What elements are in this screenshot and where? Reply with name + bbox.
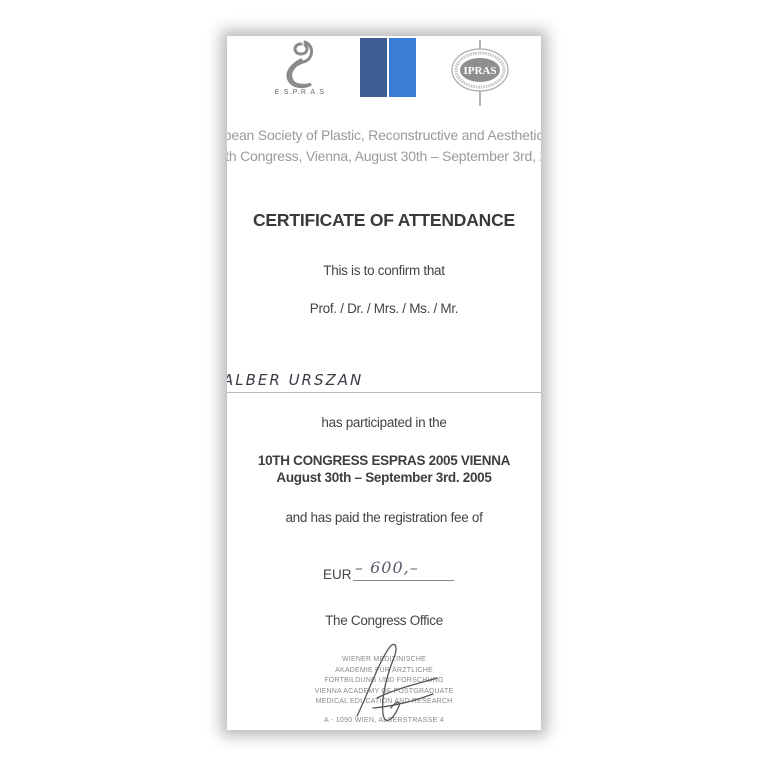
- ipras-logo-icon: IPRAS: [449, 40, 511, 106]
- congress-subtitle: 10th Congress, Vienna, August 30th – Sep…: [227, 148, 541, 164]
- blue-block-dark: [360, 38, 387, 97]
- name-underline: [227, 392, 541, 393]
- congress-office-label: The Congress Office: [227, 613, 541, 628]
- signature-icon: [337, 636, 457, 730]
- congress-dates: August 30th – September 3rd. 2005: [227, 470, 541, 485]
- fee-underline: [353, 580, 454, 581]
- society-name: European Society of Plastic, Reconstruct…: [227, 127, 541, 143]
- congress-name: 10TH CONGRESS ESPRAS 2005 VIENNA: [227, 453, 541, 468]
- participated-text: has participated in the: [227, 415, 541, 430]
- certificate-title: CERTIFICATE OF ATTENDANCE: [227, 210, 541, 231]
- salutation-options: Prof. / Dr. / Mrs. / Ms. / Mr.: [227, 301, 541, 316]
- confirm-text: This is to confirm that: [227, 263, 541, 278]
- fee-amount-handwritten: – 600,–: [355, 558, 419, 577]
- fee-text: and has paid the registration fee of: [227, 510, 541, 525]
- svg-text:IPRAS: IPRAS: [463, 65, 496, 77]
- certificate-document: E.S.P.R.A.S IPRAS European Society of Pl…: [227, 36, 541, 730]
- attendee-name-handwritten: ALBER URSZAN: [227, 371, 363, 389]
- blue-block-light: [389, 38, 416, 97]
- currency-label: EUR: [323, 567, 352, 582]
- espras-label: E.S.P.R.A.S: [265, 89, 335, 96]
